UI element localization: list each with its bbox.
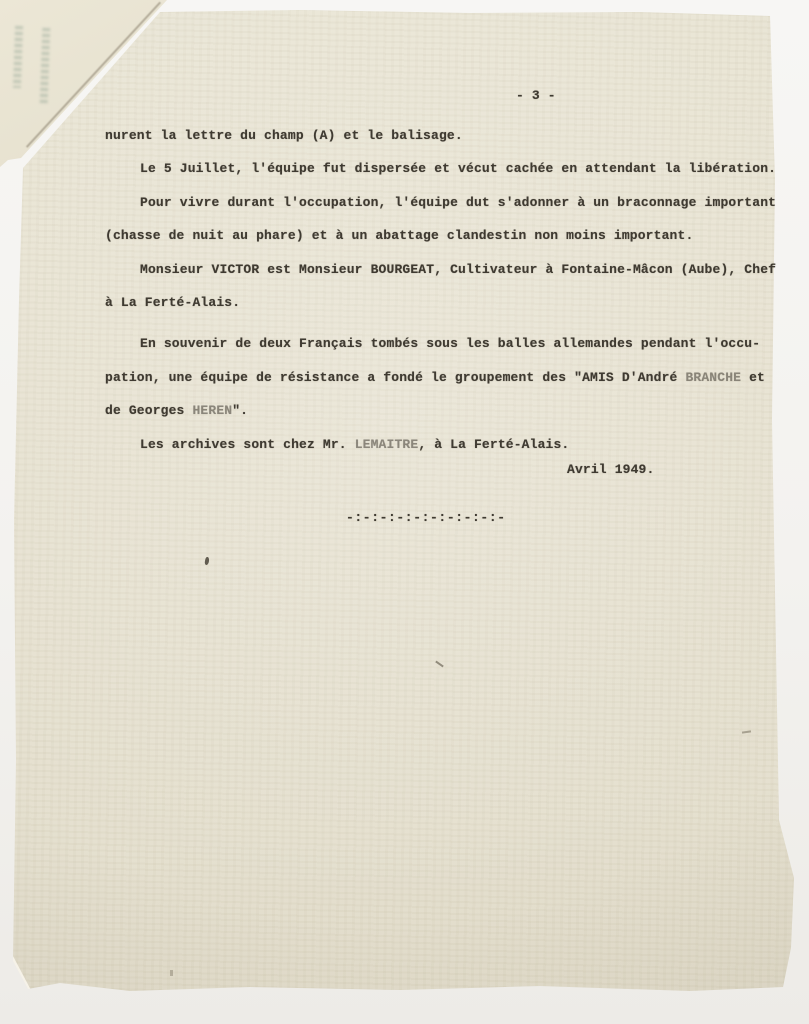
text-segment: BRANCHE bbox=[685, 370, 741, 385]
text-segment: de Georges bbox=[105, 403, 192, 418]
date-line: Avril 1949. bbox=[567, 462, 654, 477]
text-line: pation, une équipe de résistance a fondé… bbox=[105, 361, 795, 394]
text-segment: pation, une équipe de résistance a fondé… bbox=[105, 370, 685, 385]
text-segment: LEMAITRE bbox=[355, 437, 419, 452]
typographic-divider: -:-:-:-:-:-:-:-:-:- bbox=[346, 510, 506, 525]
text-segment: et bbox=[741, 370, 765, 385]
text-segment: , à La Ferté-Alais. bbox=[418, 437, 569, 452]
text-segment: (chasse de nuit au phare) et à un abatta… bbox=[105, 228, 693, 243]
page-number: - 3 - bbox=[516, 88, 556, 103]
text-line: de Georges HEREN". bbox=[105, 394, 795, 427]
document-body: nurent la lettre du champ (A) et le bali… bbox=[105, 119, 795, 461]
text-line: En souvenir de deux Français tombés sous… bbox=[105, 327, 795, 360]
scan-background: - 3 - nurent la lettre du champ (A) et l… bbox=[0, 0, 809, 1024]
text-segment: à La Ferté-Alais. bbox=[105, 295, 240, 310]
text-line: Pour vivre durant l'occupation, l'équipe… bbox=[105, 186, 795, 219]
text-line: (chasse de nuit au phare) et à un abatta… bbox=[105, 219, 795, 252]
text-segment: En souvenir de deux Français tombés sous… bbox=[140, 336, 760, 351]
ink-speck bbox=[170, 970, 173, 976]
text-segment: Les archives sont chez Mr. bbox=[140, 437, 355, 452]
text-segment: HEREN bbox=[192, 403, 232, 418]
typewritten-text-layer: - 3 - nurent la lettre du champ (A) et l… bbox=[0, 0, 809, 1024]
text-segment: ". bbox=[232, 403, 248, 418]
text-segment: Pour vivre durant l'occupation, l'équipe… bbox=[140, 195, 776, 210]
text-line: Monsieur VICTOR est Monsieur BOURGEAT, C… bbox=[105, 253, 795, 286]
text-segment: nurent la lettre du champ (A) et le bali… bbox=[105, 128, 463, 143]
text-line: à La Ferté-Alais. bbox=[105, 286, 795, 319]
text-line: Le 5 Juillet, l'équipe fut dispersée et … bbox=[105, 152, 795, 185]
text-line: Les archives sont chez Mr. LEMAITRE, à L… bbox=[105, 428, 795, 461]
text-segment: Le 5 Juillet, l'équipe fut dispersée et … bbox=[140, 161, 776, 176]
text-line: nurent la lettre du champ (A) et le bali… bbox=[105, 119, 795, 152]
text-segment: Monsieur VICTOR est Monsieur BOURGEAT, C… bbox=[140, 262, 776, 277]
